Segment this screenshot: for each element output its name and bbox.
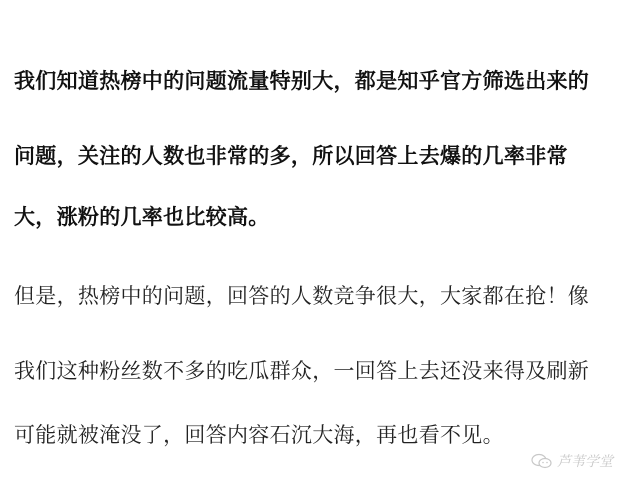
text-line: 大，涨粉的几率也比较高。: [14, 204, 270, 230]
text-line: 我们知道热榜中的问题流量特别大，都是知乎官方筛选出来的: [14, 68, 589, 94]
text-line: 问题，关注的人数也非常的多，所以回答上去爆的几率非常: [14, 143, 568, 169]
watermark: 芦苇学堂: [531, 451, 613, 471]
wechat-icon: [531, 453, 553, 469]
text-line: 我们这种粉丝数不多的吃瓜群众，一回答上去还没来得及刷新: [14, 358, 589, 384]
text-line: 但是，热榜中的问题，回答的人数竞争很大，大家都在抢！像: [14, 283, 589, 309]
watermark-text: 芦苇学堂: [557, 451, 613, 471]
text-line: 可能就被淹没了，回答内容石沉大海，再也看不见。: [14, 422, 504, 448]
